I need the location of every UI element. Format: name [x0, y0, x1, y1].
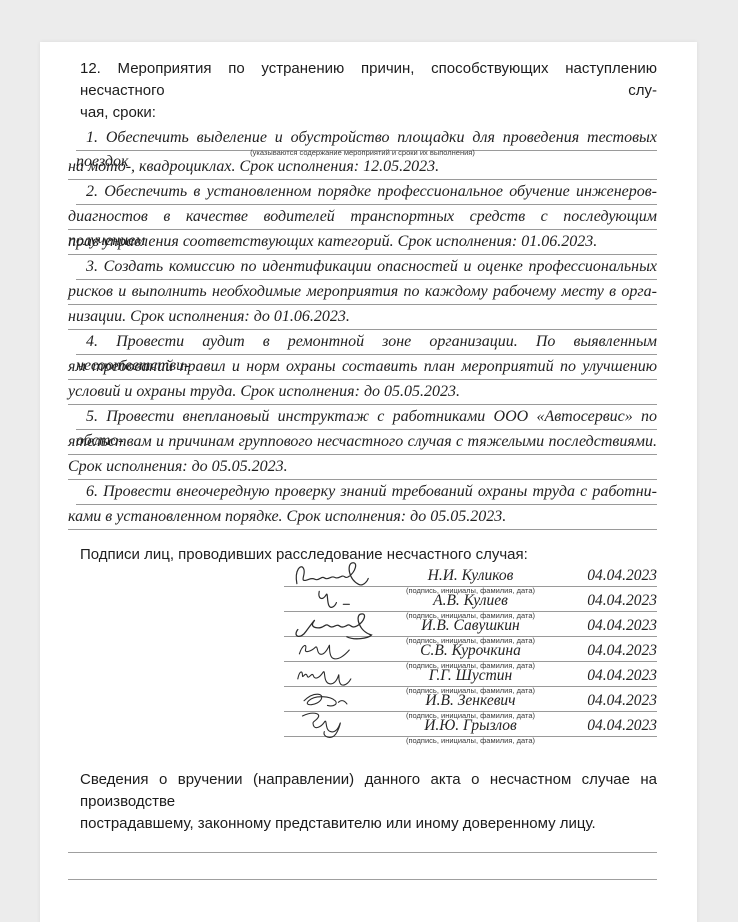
- signature-row: И.Ю. Грызлов 04.04.2023 (подпись, инициа…: [284, 712, 657, 737]
- measure-item: 3. Создать комиссию по идентификации опа…: [68, 255, 657, 330]
- measure-line: условий и охраны труда. Срок исполнения:…: [68, 380, 657, 405]
- signer-name: Г.Г. Шустин: [402, 667, 539, 685]
- measure-item: 5. Провести внеплановый инструктаж с раб…: [68, 405, 657, 480]
- delivery-note-line1: Сведения о вручении (направлении) данног…: [80, 769, 657, 813]
- measure-line: ятельствам и причинам группового несчаст…: [68, 430, 657, 455]
- measure-line: диагностов в качестве водителей транспор…: [68, 205, 657, 230]
- measures-list: 1. Обеспечить выделение и обустройство п…: [68, 126, 657, 530]
- signature-date: 04.04.2023: [587, 717, 657, 735]
- measure-line: низации. Срок исполнения: до 01.06.2023.: [68, 305, 657, 330]
- measure-line: 3. Создать комиссию по идентификации опа…: [76, 255, 657, 280]
- signature-date: 04.04.2023: [587, 592, 657, 610]
- measure-line: рисков и выполнить необходимые мероприят…: [68, 280, 657, 305]
- section12-heading-line1: 12. Мероприятия по устранению причин, сп…: [80, 58, 657, 102]
- measure-line: на мото-, квадроциклах. Срок исполнения:…: [68, 155, 657, 180]
- measure-item: 1. Обеспечить выделение и обустройство п…: [68, 126, 657, 180]
- measure-line: 5. Провести внеплановый инструктаж с раб…: [76, 405, 657, 430]
- delivery-note-line2: пострадавшему, законному представителю и…: [80, 813, 657, 835]
- measure-line: 4. Провести аудит в ремонтной зоне орган…: [76, 330, 657, 355]
- signature-date: 04.04.2023: [587, 642, 657, 660]
- signature-scribble-icon: [290, 701, 368, 745]
- signer-name: И.Ю. Грызлов: [402, 717, 539, 735]
- measure-item: 2. Обеспечить в установленном порядке пр…: [68, 180, 657, 255]
- signer-name: Н.И. Куликов: [402, 567, 539, 585]
- signer-name: И.В. Зенкевич: [402, 692, 539, 710]
- delivery-note: Сведения о вручении (направлении) данног…: [80, 769, 657, 835]
- measure-line: 2. Обеспечить в установленном порядке пр…: [76, 180, 657, 205]
- section12-heading-line2: чая, сроки:: [80, 102, 657, 124]
- signer-name: С.В. Курочкина: [402, 642, 539, 660]
- signature-date: 04.04.2023: [587, 692, 657, 710]
- signature-date: 04.04.2023: [587, 667, 657, 685]
- blank-fill-line: [68, 852, 657, 853]
- measure-line: ками в установленном порядке. Срок испол…: [68, 505, 657, 530]
- measure-item: 6. Провести внеочередную проверку знаний…: [68, 480, 657, 530]
- measure-item: 4. Провести аудит в ремонтной зоне орган…: [68, 330, 657, 405]
- document-page: 12. Мероприятия по устранению причин, сп…: [40, 42, 697, 922]
- signatures-block: Н.И. Куликов 04.04.2023 (подпись, инициа…: [284, 562, 657, 737]
- measure-line: Срок исполнения: до 05.05.2023.: [68, 455, 657, 480]
- signer-name: А.В. Кулиев: [402, 592, 539, 610]
- signer-name: И.В. Савушкин: [402, 617, 539, 635]
- signature-date: 04.04.2023: [587, 617, 657, 635]
- signature-caption: (подпись, инициалы, фамилия, дата): [384, 736, 557, 746]
- measure-line: прав управления соответствующих категори…: [68, 230, 657, 255]
- blank-fill-line: [68, 879, 657, 880]
- measure-line: ям требований правил и норм охраны соста…: [68, 355, 657, 380]
- measure-line: 6. Провести внеочередную проверку знаний…: [76, 480, 657, 505]
- section12-heading: 12. Мероприятия по устранению причин, сп…: [80, 58, 657, 124]
- signature-date: 04.04.2023: [587, 567, 657, 585]
